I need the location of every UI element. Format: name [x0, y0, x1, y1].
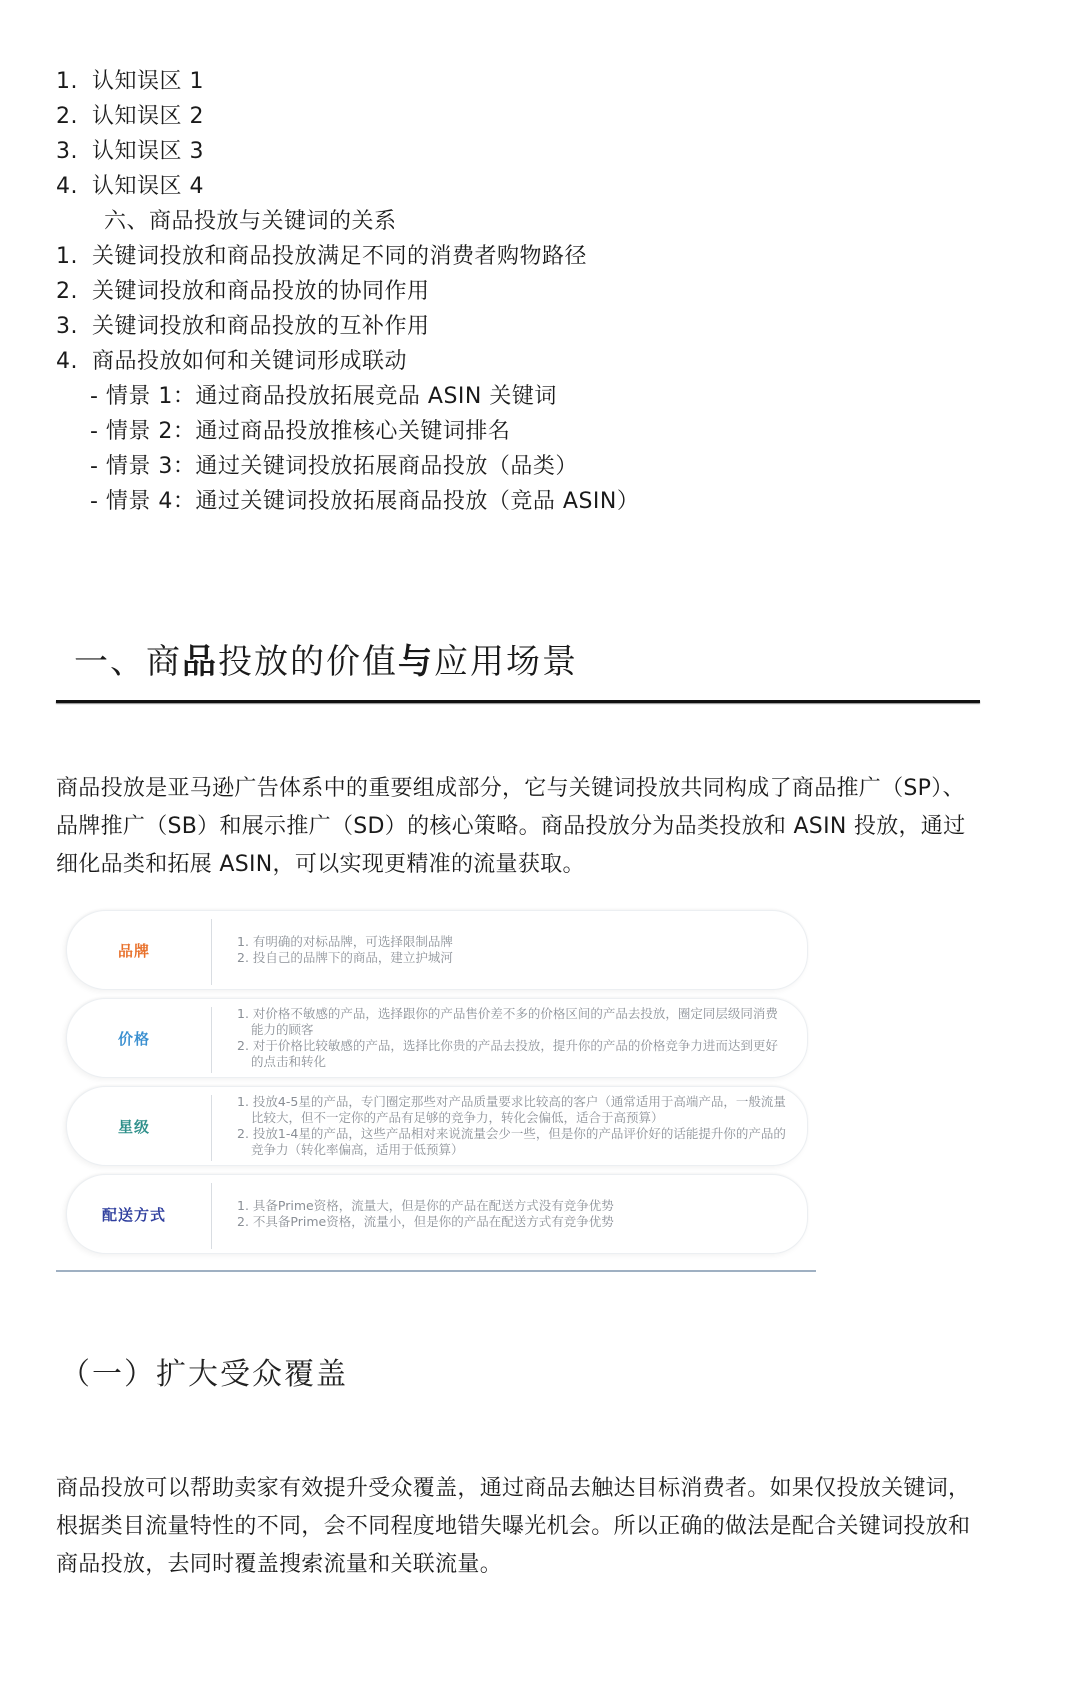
- toc-item: 3.认知误区 3: [56, 137, 204, 167]
- toc-scenario: - 情景 2：通过商品投放推核心关键词排名: [90, 417, 510, 447]
- table-row-delivery: 配送方式 1. 具备Prime资格，流量大，但是你的产品在配送方式没有竞争优势 …: [66, 1174, 808, 1254]
- row-item: 2. 投自己的品牌下的商品，建立护城河: [237, 950, 787, 966]
- row-label: 价格: [67, 999, 201, 1077]
- row-divider: [211, 1007, 212, 1073]
- toc-item: 2.认知误区 2: [56, 102, 204, 132]
- table-row-brand: 品牌 1. 有明确的对标品牌，可选择限制品牌 2. 投自己的品牌下的商品，建立护…: [66, 910, 808, 990]
- toc-scenario: - 情景 4：通过关键词投放拓展商品投放（竞品 ASIN）: [90, 487, 639, 517]
- row-item: 1. 具备Prime资格，流量大，但是你的产品在配送方式没有竞争优势: [237, 1198, 787, 1214]
- targeting-options-figure: 品牌 1. 有明确的对标品牌，可选择限制品牌 2. 投自己的品牌下的商品，建立护…: [56, 910, 816, 1272]
- toc-item: 1.认知误区 1: [56, 67, 204, 97]
- toc-item: 3.关键词投放和商品投放的互补作用: [56, 312, 430, 342]
- toc-scenario: - 情景 3：通过关键词投放拓展商品投放（品类）: [90, 452, 578, 482]
- toc-item: 1.关键词投放和商品投放满足不同的消费者购物路径: [56, 242, 587, 272]
- row-label: 配送方式: [67, 1175, 201, 1253]
- toc-scenario: - 情景 1：通过商品投放拓展竞品 ASIN 关键词: [90, 382, 557, 412]
- toc-item: 2.关键词投放和商品投放的协同作用: [56, 277, 430, 307]
- toc-item: 4.商品投放如何和关键词形成联动: [56, 347, 407, 377]
- row-divider: [211, 1095, 212, 1161]
- row-divider: [211, 919, 212, 985]
- subsection-heading: （一）扩大受众覆盖: [60, 1355, 348, 1395]
- row-item: 1. 有明确的对标品牌，可选择限制品牌: [237, 934, 787, 950]
- table-row-price: 价格 1. 对价格不敏感的产品，选择跟你的产品售价差不多的价格区间的产品去投放，…: [66, 998, 808, 1078]
- row-label: 品牌: [67, 911, 201, 989]
- toc-item: 4.认知误区 4: [56, 172, 204, 202]
- table-row-rating: 星级 1. 投放4-5星的产品，专门圈定那些对产品质量要求比较高的客户（通常适用…: [66, 1086, 808, 1166]
- audience-paragraph: 商品投放可以帮助卖家有效提升受众覆盖，通过商品去触达目标消费者。如果仅投放关键词…: [56, 1470, 986, 1584]
- figure-bottom-rule: [56, 1270, 816, 1272]
- row-item: 1. 对价格不敏感的产品，选择跟你的产品售价差不多的价格区间的产品去投放，圈定同…: [237, 1006, 787, 1038]
- section-heading: 一、商品投放的价值与应用场景: [74, 640, 578, 684]
- intro-paragraph: 商品投放是亚马逊广告体系中的重要组成部分，它与关键词投放共同构成了商品推广（SP…: [56, 770, 986, 884]
- heading-underline: [56, 700, 980, 703]
- row-item: 1. 投放4-5星的产品，专门圈定那些对产品质量要求比较高的客户（通常适用于高端…: [237, 1094, 787, 1126]
- row-label: 星级: [67, 1087, 201, 1165]
- toc-section-title: 六、商品投放与关键词的关系: [104, 207, 397, 237]
- row-item: 2. 不具备Prime资格，流量小，但是你的产品在配送方式有竞争优势: [237, 1214, 787, 1230]
- row-item: 2. 对于价格比较敏感的产品，选择比你贵的产品去投放，提升你的产品的价格竞争力进…: [237, 1038, 787, 1070]
- row-item: 2. 投放1-4星的产品，这些产品相对来说流量会少一些，但是你的产品评价好的话能…: [237, 1126, 787, 1158]
- row-divider: [211, 1183, 212, 1249]
